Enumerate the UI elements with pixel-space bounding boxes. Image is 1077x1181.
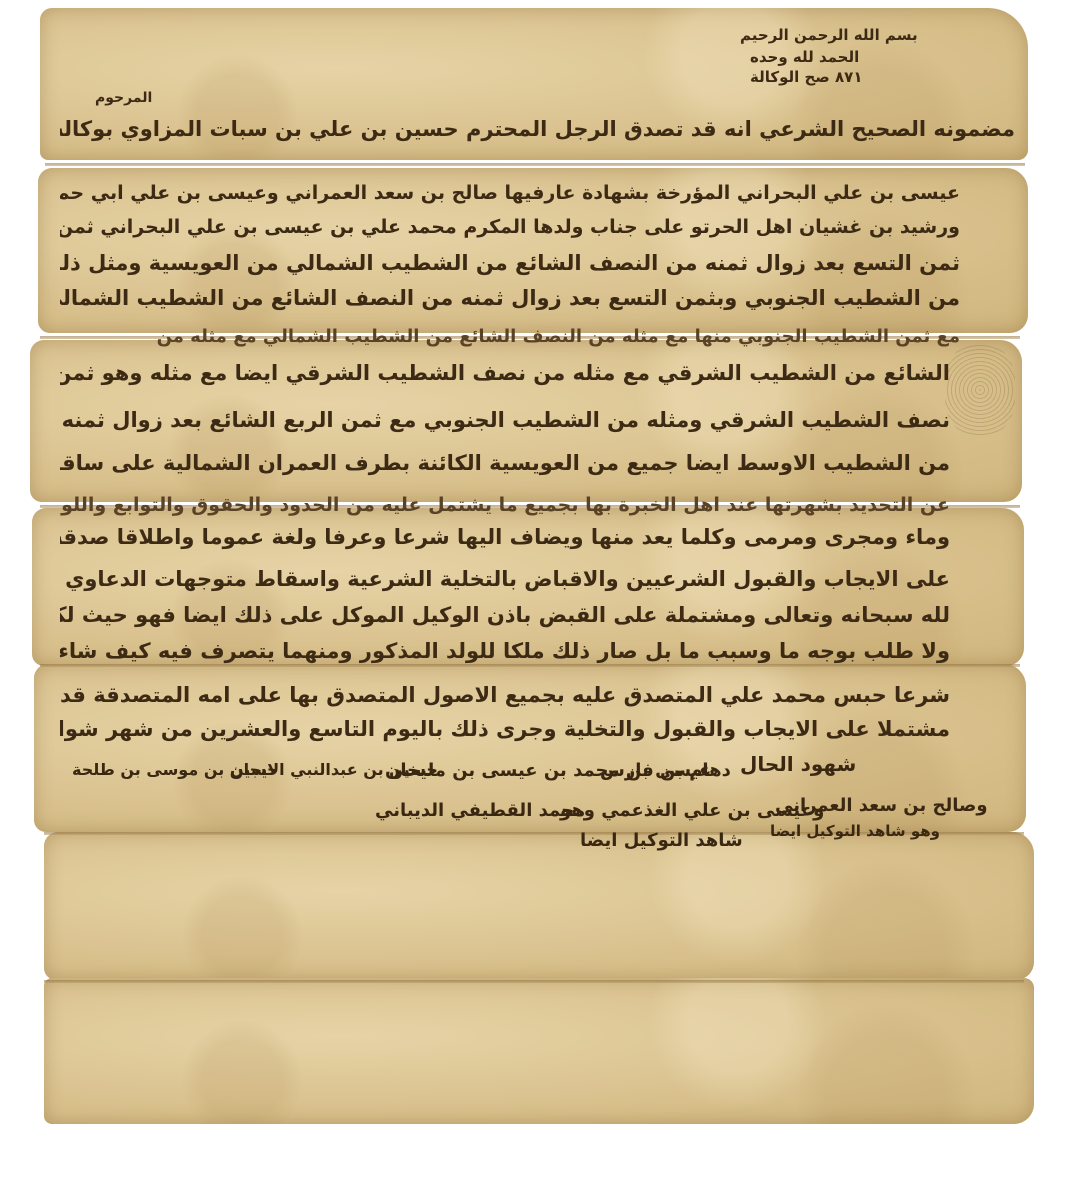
body-line-13: لله سبحانه وتعالى ومشتملة على القبض باذن… bbox=[60, 600, 950, 630]
body-line-9: من الشطيب الاوسط ايضا جميع من العويسية ا… bbox=[60, 448, 950, 478]
body-line-16: مشتملا على الايجاب والقبول والتخلية وجرى… bbox=[60, 714, 950, 744]
body-line-3: ورشيد بن غشيان اهل الحرتو على جناب ولدها… bbox=[60, 212, 960, 242]
body-line-5: من الشطيب الجنوبي وبثمن التسع بعد زوال ث… bbox=[60, 283, 960, 313]
witness-name: حسين بن موسى بن طلحة bbox=[72, 760, 279, 779]
thumbprint-smudge bbox=[945, 345, 1015, 435]
body-line-10: عن التحديد بشهرتها عند اهل الخبرة بها بج… bbox=[60, 490, 950, 520]
manuscript-page: بسم الله الرحمن الرحيم الحمد لله وحده ٨٧… bbox=[0, 0, 1077, 1181]
seal-line-1: بسم الله الرحمن الرحيم bbox=[740, 26, 918, 44]
body-line-12: على الايجاب والقبول الشرعيين والاقباض با… bbox=[60, 564, 950, 594]
witness-note: شاهد التوكيل ايضا bbox=[580, 830, 743, 851]
witnesses-heading: شهود الحال bbox=[740, 752, 856, 776]
body-line-4: ثمن التسع بعد زوال ثمنه من النصف الشائع … bbox=[60, 248, 960, 278]
seal-line-2: الحمد لله وحده bbox=[750, 48, 859, 66]
body-line-6: مع ثمن الشطيب الجنوبي منها مع مثله من ال… bbox=[60, 322, 960, 352]
body-line-7: الشائع من الشطيب الشرقي مع مثله من نصف ا… bbox=[60, 358, 950, 388]
witness-name: وعيسى بن علي الغذعمي وهو bbox=[560, 800, 824, 821]
fold-line bbox=[45, 163, 1025, 166]
body-line-11: وماء ومجرى ومرمى وكلما يعد منها ويضاف ال… bbox=[60, 522, 950, 552]
panel-7 bbox=[44, 978, 1034, 1124]
body-line-2: عيسى بن علي البحراني المؤرخة بشهادة عارف… bbox=[60, 178, 960, 208]
marginal-note: المرحوم bbox=[95, 90, 152, 106]
witness-name: محمد القطيفي الديباني bbox=[375, 800, 585, 821]
body-line-15: شرعا حبس محمد علي المتصدق عليه بجميع الا… bbox=[60, 680, 950, 710]
body-line-8: نصف الشطيب الشرقي ومثله من الشطيب الجنوب… bbox=[60, 405, 950, 435]
fold-line bbox=[44, 980, 1024, 983]
seal-line-3: ٨٧١ صح الوكالة bbox=[750, 68, 862, 86]
panel-6 bbox=[44, 832, 1034, 980]
body-line-1: مضمونه الصحيح الشرعي انه قد تصدق الرجل ا… bbox=[60, 114, 1015, 144]
witness-note: وهو شاهد التوكيل ايضا bbox=[770, 822, 940, 840]
body-line-14: ولا طلب بوجه ما وسبب ما بل صار ذلك ملكا … bbox=[60, 636, 950, 666]
